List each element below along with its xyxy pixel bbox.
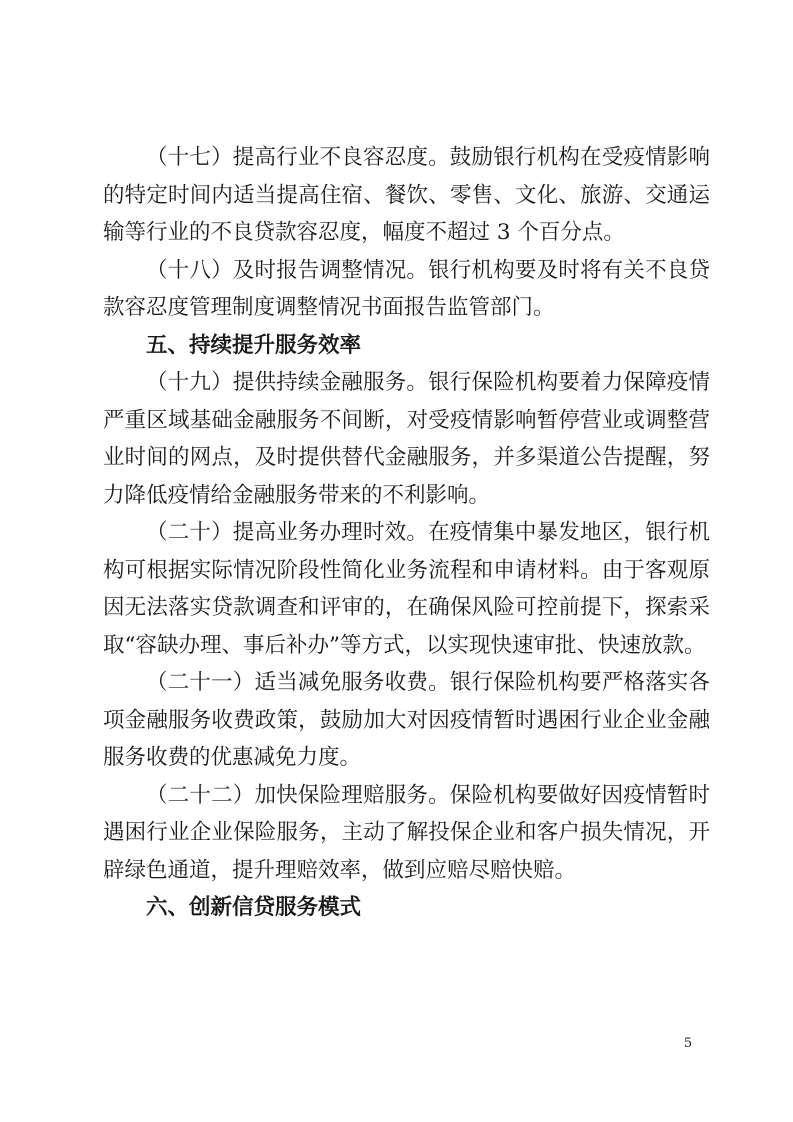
page-number: 5: [676, 1034, 700, 1054]
section-heading-6: 六、创新信贷服务模式: [103, 889, 710, 927]
document-page: （十七）提高行业不良容忍度。鼓励银行机构在受疫情影响的特定时间内适当提高住宿、餐…: [0, 0, 793, 1122]
paragraph-item-19: （十九）提供持续金融服务。银行保险机构要着力保障疫情严重区域基础金融服务不间断，…: [103, 364, 710, 514]
paragraph-item-21: （二十一）适当减免服务收费。银行保险机构要严格落实各项金融服务收费政策，鼓励加大…: [103, 664, 710, 777]
paragraph-item-20: （二十）提高业务办理时效。在疫情集中暴发地区，银行机构可根据实际情况阶段性简化业…: [103, 514, 710, 664]
paragraph-item-22: （二十二）加快保险理赔服务。保险机构要做好因疫情暂时遇困行业企业保险服务，主动了…: [103, 777, 710, 890]
document-body: （十七）提高行业不良容忍度。鼓励银行机构在受疫情影响的特定时间内适当提高住宿、餐…: [103, 139, 710, 927]
section-heading-5: 五、持续提升服务效率: [103, 327, 710, 365]
paragraph-item-18: （十八）及时报告调整情况。银行机构要及时将有关不良贷款容忍度管理制度调整情况书面…: [103, 252, 710, 327]
paragraph-item-17: （十七）提高行业不良容忍度。鼓励银行机构在受疫情影响的特定时间内适当提高住宿、餐…: [103, 139, 710, 252]
